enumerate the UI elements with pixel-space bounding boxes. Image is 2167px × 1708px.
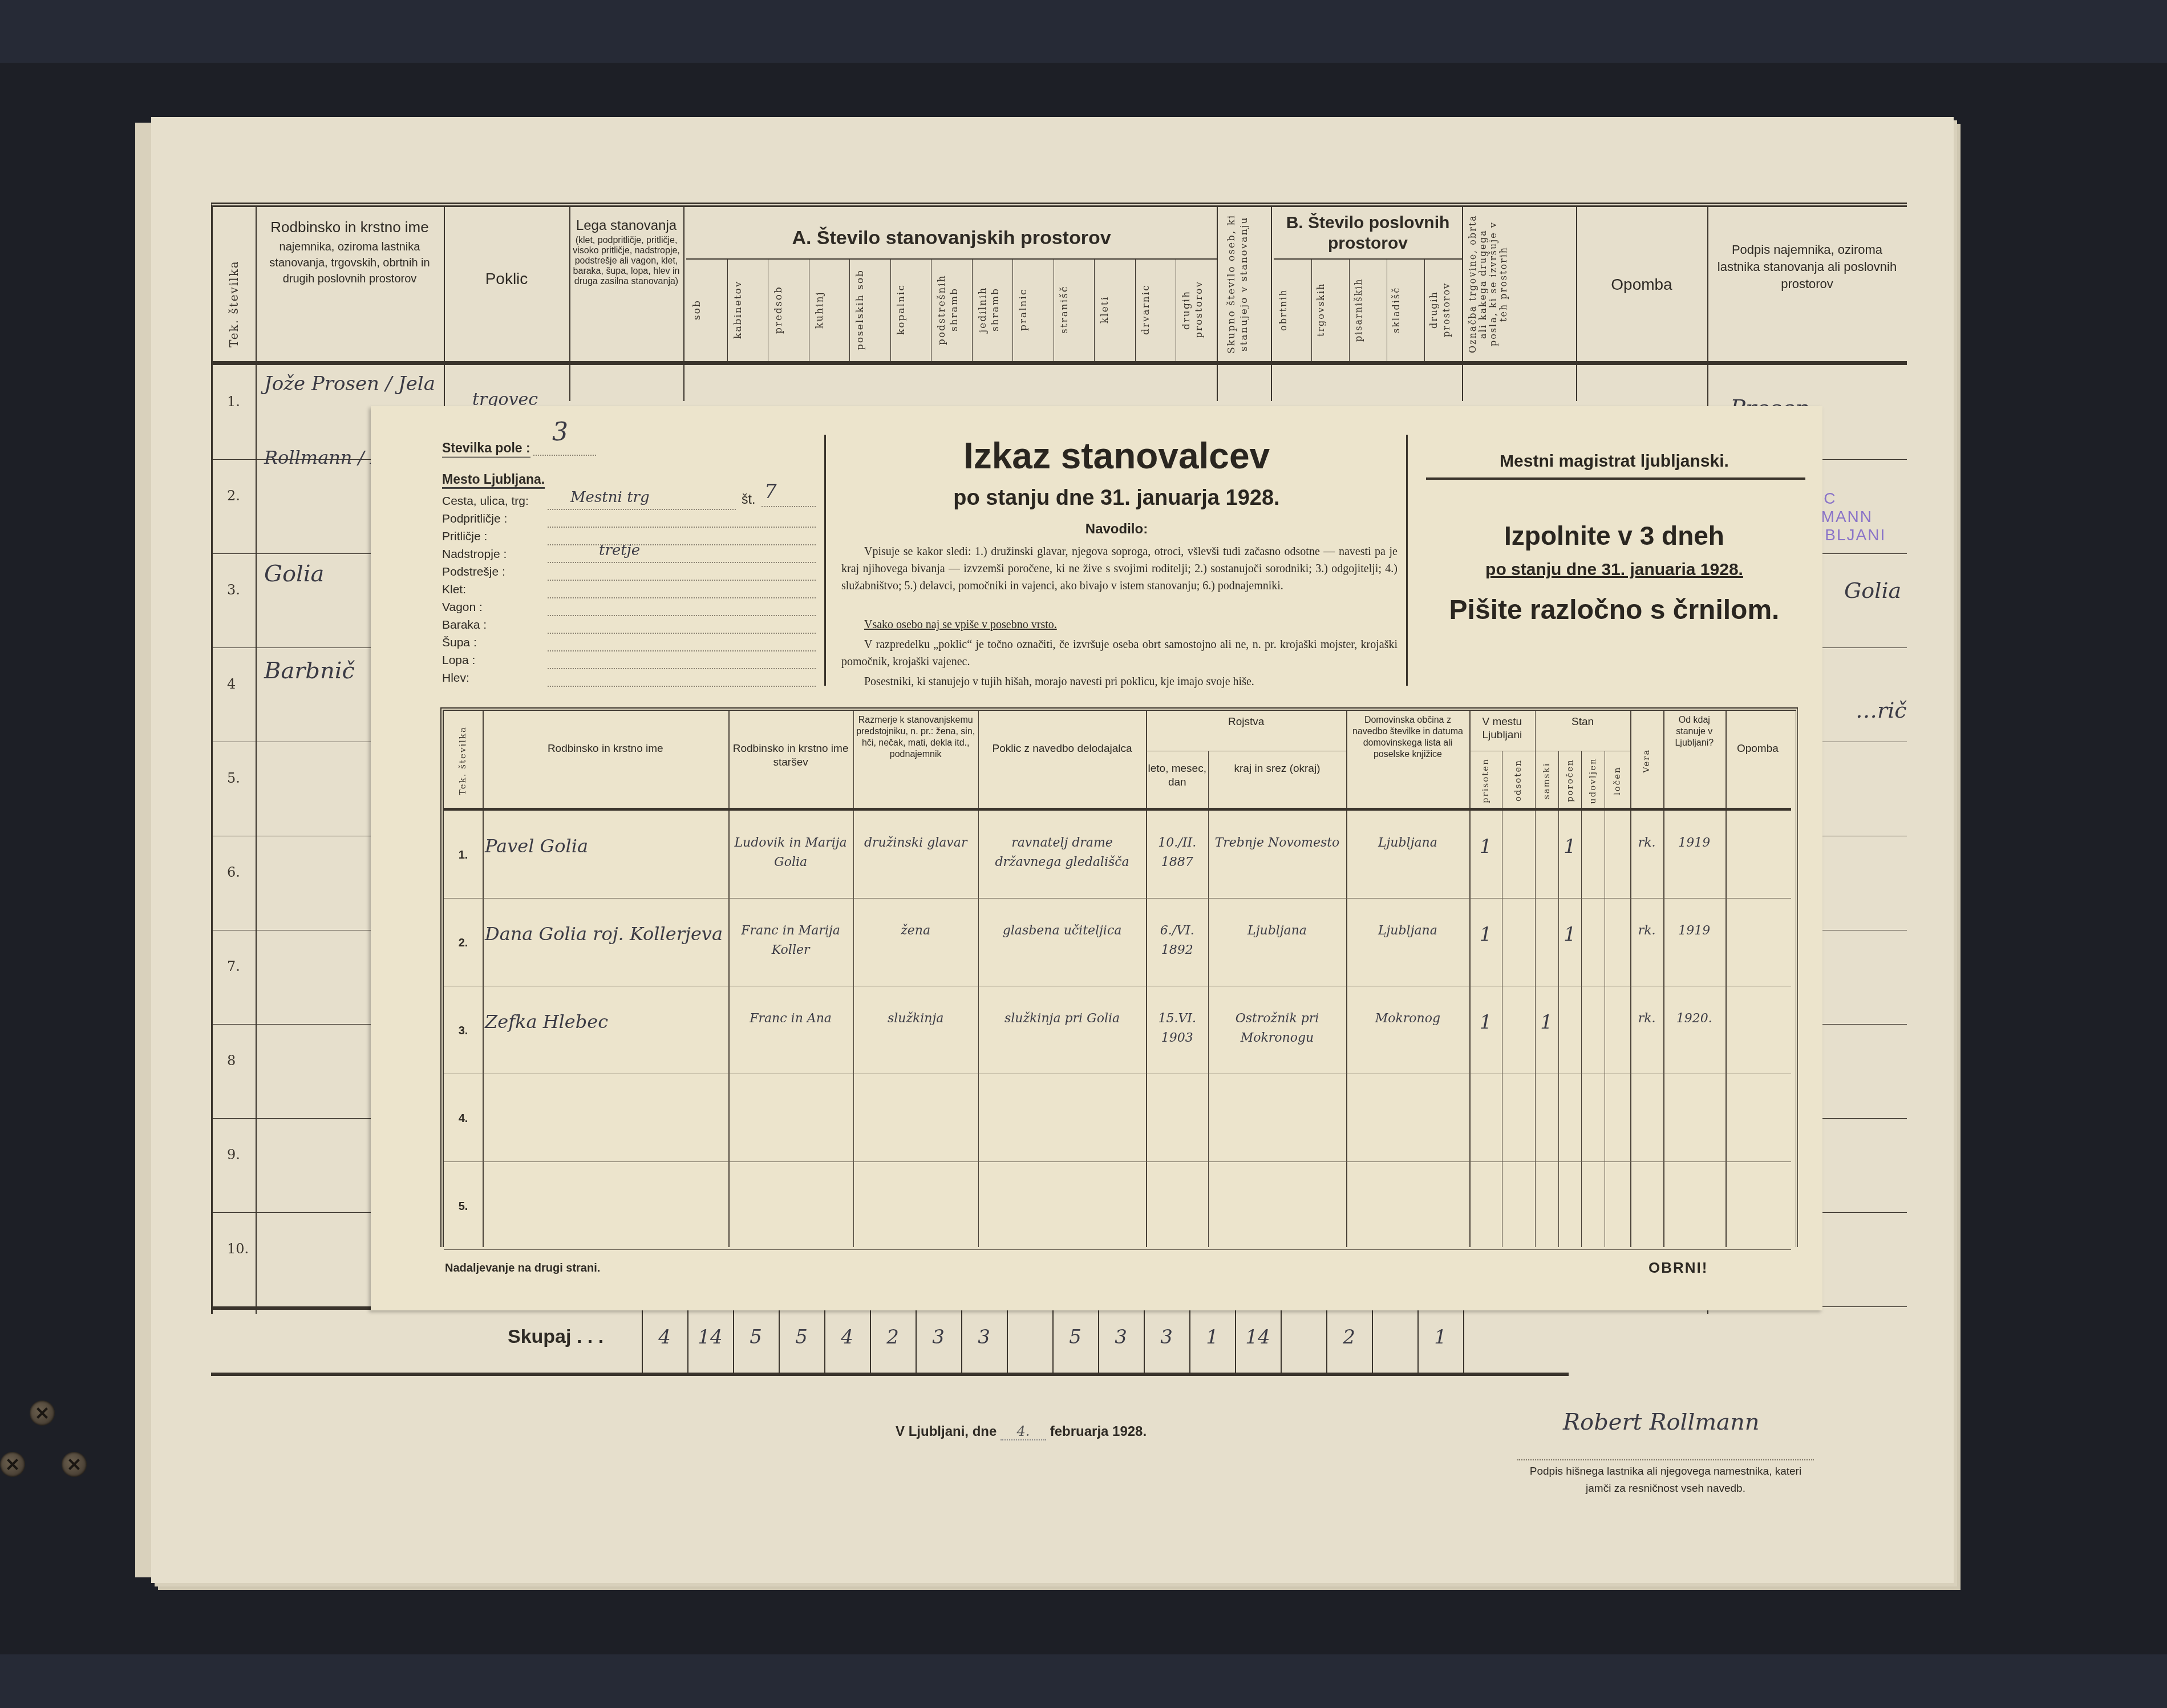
notice-write-in-ink: Pišite razločno s črnilom. [1415,594,1814,626]
cell-name[interactable]: Dana Golia roj. Kollerjeva [485,921,726,946]
divider [809,260,809,361]
header-since: Od kdaj stanuje v Ljubljani? [1665,715,1724,749]
header-group-birth: Rojstva [1146,715,1346,728]
row-number: 8 [227,1053,236,1068]
header-num: Tek. številka [445,717,481,805]
header-bottom-rule [213,361,1907,365]
backdrop-fabric-top [0,0,2167,63]
divider [687,1310,688,1373]
address-field-line[interactable] [548,668,816,669]
house-number-label: št. [742,492,755,507]
instruction-paragraph-3: V razpredelku „poklic“ je točno označiti… [841,636,1398,670]
row-number: 2. [227,488,240,504]
section-b-col-header: drugih prostorov [1428,264,1459,355]
section-a-col-header: pralnic [1017,264,1049,355]
cell-num: 2. [446,934,480,952]
divider [1576,207,1577,401]
address-field-label: Lopa : [442,654,475,667]
divider [1217,207,1218,401]
total-value: 14 [693,1326,727,1349]
overlay-form-izkaz-stanovalcev: Stevilka pole : 3 Mesto Ljubljana. Cesta… [371,406,1822,1310]
address-field-label: Baraka : [442,618,487,632]
section-a-col-header: kabinetov [732,264,764,355]
cell-occupation[interactable]: služkinja pri Golia [981,1009,1144,1029]
cell-domicile[interactable]: Ljubljana [1348,833,1467,853]
cell-birth_place[interactable]: Ostrožnik pri Mokronogu [1210,1009,1344,1048]
divider [1349,260,1350,361]
row-number: 5. [227,770,240,786]
cell-num: 5. [446,1197,480,1216]
cell-occupation[interactable]: ravnatelj drame državnega gledališča [981,833,1144,872]
cell-relation[interactable]: služkinja [856,1009,976,1029]
signature-caption: Podpis hišnega lastnika ali njegovega na… [1517,1463,1814,1497]
city-label: Mesto Ljubljana. [442,472,545,489]
place-date-line: V Ljubljani, dne 4. februarja 1928. [896,1423,1147,1440]
section-a-col-header: jedilnih shramb [977,264,1008,355]
divider [642,1310,643,1373]
section-a-col-header: kopalnic [895,264,927,355]
col-num-header: Tek. številka [228,253,240,355]
section-a-col-header: poselskih sob [854,264,886,355]
row-rule [444,1249,1791,1250]
divider [1281,1310,1282,1373]
divider [1274,258,1462,260]
header-parents: Rodbinsko in krstno ime staršev [730,742,852,770]
header-occupation: Poklic z navedbo delodajalca [980,742,1145,756]
divider [1387,260,1387,361]
divider [916,1310,917,1373]
address-field-label: Šupa : [442,636,477,650]
col-podpis-header: Podpis najemnika, oziroma lastnika stano… [1710,241,1904,293]
header-divorced: ločen [1606,756,1629,805]
header-birth_place: kraj in srez (okraj) [1210,762,1344,776]
place-date-prefix: V Ljubljani, dne [896,1424,997,1439]
row-number: 10. [227,1241,249,1257]
cell-domicile[interactable]: Mokronog [1348,1009,1467,1029]
col-oznacba-header: Označba trgovine, obrta ali kakega druge… [1468,213,1570,355]
col-name-title: Rodbinsko in krstno ime [258,218,441,236]
cell-relation[interactable]: družinski glavar [856,833,976,853]
page-edge-left [135,123,151,1577]
total-value: 2 [876,1326,910,1349]
section-a-col-header: sob [691,264,723,355]
divider [1271,207,1272,401]
authority-name: Mestni magistrat ljubljanski. [1415,452,1814,471]
section-a-col-header: drvarnic [1140,264,1172,355]
section-b-col-header: pisarniških [1352,264,1383,355]
divider [1463,1310,1464,1373]
address-field-line[interactable] [548,580,816,581]
total-value: 3 [921,1326,955,1349]
header-present: prisoten [1471,756,1501,805]
divider [1311,260,1312,361]
divider [1135,260,1136,361]
header-absent: odsoten [1503,756,1533,805]
row-number: 1. [227,394,240,410]
total-value: 1 [1423,1326,1457,1349]
col-lega-subtitle: (klet, podpritličje, pritličje, visoko p… [572,236,681,287]
total-value: 3 [967,1326,1001,1349]
col-poklic-header: Poklic [447,270,566,288]
divider [1144,1310,1145,1373]
header-relation: Razmerje k stanovanjskemu predstojniku, … [855,715,977,760]
divider [1007,1310,1008,1373]
cell-birth_place[interactable]: Ljubljana [1210,921,1344,941]
header-note: Opomba [1727,742,1788,756]
section-a-col-header: kuhinj [813,264,845,355]
cell-parents[interactable]: Franc in Marija Koller [731,921,851,960]
date-day: 4. [1001,1423,1046,1440]
cell-religion[interactable]: rk. [1633,833,1660,853]
row-number: 4 [227,676,236,692]
cell-present[interactable]: 1 [1472,833,1500,860]
address-field-line[interactable] [548,633,816,634]
address-field-label: Klet: [442,583,466,597]
total-value: 2 [1332,1326,1366,1349]
divider [1012,260,1013,361]
section-a-col-header: podstrešnih shramb [935,264,967,355]
row3-name-handwriting: Golia [264,561,324,587]
cell-religion[interactable]: rk. [1633,921,1660,941]
resident-row[interactable]: 3.Zefka HlebecFranc in Anaslužkinjaslužk… [444,986,1791,1074]
divider [1417,1310,1419,1373]
address-field-label: Hlev: [442,671,469,685]
divider [1094,260,1095,361]
divider [1146,751,1346,751]
header-group-stat: Stan [1535,715,1631,728]
divider [768,260,768,361]
address-field-label: Vagon : [442,601,483,614]
total-value: 4 [830,1326,864,1349]
total-value: 5 [784,1326,819,1349]
divider [849,260,850,361]
resident-row[interactable]: 1.Pavel GoliaLudovik in Marija Goliadruž… [444,811,1791,898]
divider [1098,1310,1099,1373]
row3-signature: Golia [1844,578,1901,603]
address-field-line[interactable] [548,597,816,598]
address-field-label: Nadstropje : [442,548,507,561]
divider [870,1310,871,1373]
divider [1054,260,1054,361]
divider [1189,1310,1190,1373]
cell-birth_date[interactable]: 15.VI. 1903 [1148,1009,1206,1048]
header-name: Rodbinsko in krstno ime [484,742,727,756]
col-lega-header: Lega stanovanja (klet, podpritličje, pri… [572,218,681,287]
total-value: 1 [1195,1326,1229,1349]
screw-icon [0,1452,25,1477]
instruction-paragraph-1: Vpisuje se kakor sledi: 1.) družinski gl… [841,543,1398,594]
address-field-label: Podstrešje : [442,565,505,579]
col-name-header: Rodbinsko in krstno ime najemnika, oziro… [258,218,441,287]
house-number-line [762,506,816,507]
cell-present[interactable]: 1 [1472,1009,1500,1035]
total-value: 5 [739,1326,773,1349]
cell-relation[interactable]: žena [856,921,976,941]
cell-birth_date[interactable]: 6./VI. 1892 [1148,921,1206,960]
divider [931,260,931,361]
divider [727,260,728,361]
row-number: 7. [227,958,240,974]
address-field-line[interactable] [548,650,816,651]
divider [779,1310,780,1373]
row4-name-handwriting: Barbnič [264,658,355,684]
divider [1424,260,1425,361]
total-value: 14 [1241,1326,1275,1349]
divider [1372,1310,1373,1373]
header-domicile: Domovinska občina z navedbo številke in … [1348,715,1468,760]
signature-caption-line-1: Podpis hišnega lastnika ali njegovega na… [1517,1463,1814,1480]
cell-occupation[interactable]: glasbena učiteljica [981,921,1144,941]
screw-icon [30,1401,55,1426]
address-field-line[interactable] [548,615,816,616]
divider [1469,751,1535,751]
header-widowed: udovljen [1582,756,1603,805]
section-b-title: B. Število poslovnih prostorov [1274,213,1462,254]
header-single: samski [1536,756,1557,805]
address-field-line[interactable] [548,544,816,545]
address-field-label: Podpritličje : [442,512,507,526]
divider [890,260,891,361]
col-name-subtitle: najemnika, oziroma lastnika stanovanja, … [258,239,441,287]
col-skupno-header: Skupno število oseb, ki stanujejo v stan… [1225,213,1265,355]
address-field-line[interactable] [548,562,816,563]
instruction-paragraph-2: Vsako osebo naj se vpiše v posebno vrsto… [864,616,1398,633]
divider [1326,1310,1327,1373]
divider [1235,1310,1236,1373]
divider [824,1310,825,1373]
instructions-heading: Navodilo: [827,521,1406,537]
sheet-number-label: Stevilka pole : [442,440,530,458]
cell-domicile[interactable]: Ljubljana [1348,921,1467,941]
notice-fill-within: Izpolnite v 3 dneh [1415,520,1814,551]
total-value: 5 [1058,1326,1092,1349]
cell-since[interactable]: 1919 [1666,921,1723,941]
address-field-line[interactable] [548,686,816,687]
divider [972,260,973,361]
divider [1462,207,1463,401]
divider [1535,751,1631,751]
row-number: 3. [227,582,240,598]
place-date-suffix: februarja 1928. [1050,1424,1147,1439]
section-a-col-header: predsob [772,264,804,355]
row-number: 9. [227,1147,240,1163]
owner-signature: Robert Rollmann [1563,1409,1759,1435]
resident-row[interactable]: 4. [444,1074,1791,1162]
section-b-col-header: trgovskih [1315,264,1346,355]
total-value: 3 [1104,1326,1138,1349]
section-a-title: A. Število stanovanjskih prostorov [686,227,1217,249]
cell-parents[interactable]: Ludovik in Marija Golia [731,833,851,872]
backdrop-fabric-bottom [0,1654,2167,1708]
form-title: Izkaz stanovalcev [827,435,1406,477]
col-lega-title: Lega stanovanja [572,218,681,233]
resident-row[interactable]: 2.Dana Golia roj. KollerjevaFranc in Mar… [444,898,1791,986]
signature-caption-line-2: jamči za resničnost vseh navedb. [1517,1480,1814,1497]
divider [1406,435,1408,686]
divider [733,1310,734,1373]
divider [569,207,570,401]
row-number: 6. [227,864,240,880]
section-b-col-header: obrtnih [1277,264,1308,355]
divider [256,207,257,1314]
turn-over-note: OBRNI! [1648,1259,1708,1277]
sheet-number-value: 3 [552,418,568,447]
divider [824,435,826,686]
cell-name[interactable]: Pavel Golia [485,833,726,859]
section-b-col-header: skladišč [1390,264,1421,355]
cell-since[interactable]: 1919 [1666,833,1723,853]
address-field-value: tretje [599,542,640,559]
house-number-value: 7 [764,480,777,503]
divider [1426,477,1805,480]
col-opomba-header: Opomba [1579,276,1704,294]
residents-table: Tek. številkaRodbinsko in krstno imeRodb… [440,707,1798,1247]
cell-parents[interactable]: Franc in Ana [731,1009,851,1029]
cell-married[interactable]: 1 [1561,833,1579,860]
address-field-value: Mestni trg [570,489,650,506]
cell-num: 1. [446,846,480,864]
section-a-col-header: kleti [1099,264,1131,355]
cell-num: 4. [446,1110,480,1128]
cell-num: 3. [446,1022,480,1040]
divider [1052,1310,1054,1373]
address-field-label: Pritličje : [442,530,487,544]
header-married: poročen [1560,756,1581,805]
form-subtitle: po stanju dne 31. januarja 1928. [827,486,1406,511]
cell-birth_place[interactable]: Trebnje Novomesto [1210,833,1344,853]
address-field-label: Cesta, ulica, trg: [442,495,529,508]
cell-since[interactable]: 1920. [1666,1009,1723,1029]
divider [686,258,1217,260]
screw-icon [62,1452,87,1477]
total-value: 4 [647,1326,682,1349]
cell-name[interactable]: Zefka Hlebec [485,1009,726,1034]
total-value: 3 [1149,1326,1184,1349]
signature-dotted-line [1517,1459,1814,1460]
section-a-col-header: drugih prostorov [1180,264,1212,355]
sheet-number-line [533,455,596,456]
row1-name-handwriting: Jože Prosen / Jela [264,373,435,395]
header-birth_date: leto, mesec, dan [1148,762,1206,790]
instruction-paragraph-4: Posestniki, ki stanujejo v tujih hišah, … [841,673,1398,690]
header-religion: Vera [1631,717,1662,805]
header-group-city: V mestu Ljubljani [1469,715,1535,742]
cell-present[interactable]: 1 [1472,921,1500,948]
notice-as-of-date: po stanju dne 31. januaria 1928. [1415,560,1814,580]
section-a-col-header: stranišč [1058,264,1090,355]
address-field-line[interactable] [548,509,736,510]
divider [961,1310,962,1373]
divider [683,207,684,401]
row4-signature: …rič [1856,698,1907,723]
divider [1176,260,1176,361]
cell-birth_date[interactable]: 10./II. 1887 [1148,833,1206,872]
totals-label: Skupaj . . . [508,1326,603,1348]
cell-single[interactable]: 1 [1537,1009,1556,1035]
continue-note: Nadaljevanje na drugi strani. [445,1262,600,1275]
totals-row: Skupaj . . . 41455423353311421 [211,1306,1569,1376]
resident-row[interactable]: 5. [444,1162,1791,1250]
address-field-line[interactable] [548,527,816,528]
cell-married[interactable]: 1 [1561,921,1579,948]
cell-religion[interactable]: rk. [1633,1009,1660,1029]
